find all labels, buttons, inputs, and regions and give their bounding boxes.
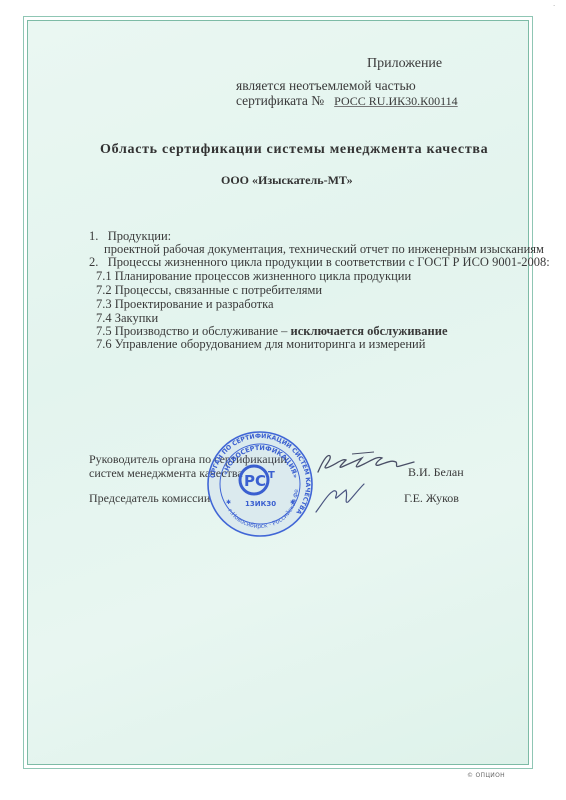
chair-title: Председатель комиссии [89,491,210,505]
item-processes: 2. Процессы жизненного цикла продукции в… [89,255,550,269]
svg-text:Т: Т [268,470,275,481]
subitem-number: 7.6 [96,337,112,351]
footer-copyright: © ОПЦИОН [467,772,505,779]
subitem-7-4: 7.4 Закупки [96,311,158,325]
svg-text:✱: ✱ [290,499,295,506]
subitem-text: Планирование процессов жизненного цикла … [115,269,411,283]
subitem-text: Процессы, связанные с потребителями [115,283,322,297]
svg-text:РС: РС [244,472,266,490]
subitem-exclusion: исключается обслуживание [291,324,448,338]
subitem-7-3: 7.3 Проектирование и разработка [96,297,274,311]
certificate-page [27,20,529,765]
certificate-prefix: сертификата № [236,93,324,108]
subitem-number: 7.5 [96,324,112,338]
organization-name: ООО «Изыскатель-МТ» [221,173,353,187]
item-label: Процессы жизненного цикла продукции в со… [108,255,550,269]
integral-part-text: является неотъемлемой частью [236,79,416,93]
head-name: В.И. Белан [408,465,464,479]
subitem-number: 7.3 [96,297,112,311]
item-products: 1. Продукции: [89,229,171,243]
chair-signature-icon [312,482,372,514]
chair-name: Г.Е. Жуков [404,491,459,505]
subitem-7-2: 7.2 Процессы, связанные с потребителями [96,283,322,297]
subitem-text: Управление оборудованием для мониторинга… [115,337,426,351]
subitem-number: 7.4 [96,311,112,325]
svg-text:13ИК30: 13ИК30 [245,500,276,508]
svg-text:✱: ✱ [226,499,231,506]
item-number: 2. [89,255,98,269]
document-title: Область сертификации системы менеджмента… [100,143,488,157]
subitem-7-1: 7.1 Планирование процессов жизненного ци… [96,269,411,283]
subitem-text: Производство и обслуживание – [115,324,291,338]
item-number: 1. [89,229,98,243]
item-label: Продукции: [108,229,171,243]
subitem-text: Проектирование и разработка [115,297,274,311]
subitem-7-5: 7.5 Производство и обслуживание – исключ… [96,324,448,338]
head-signature-icon [316,448,416,476]
subitem-number: 7.2 [96,283,112,297]
item-products-description: проектной рабочая документация, техничес… [104,242,544,256]
certification-stamp-icon: ОРГАН ПО СЕРТИФИКАЦИИ СИСТЕМ КАЧЕСТВА «Н… [206,430,314,538]
certificate-reference: сертификата №РОСС RU.ИК30.К00114 [236,94,458,108]
subitem-number: 7.1 [96,269,112,283]
certificate-number: РОСС RU.ИК30.К00114 [334,94,458,108]
appendix-label: Приложение [367,57,442,71]
subitem-7-6: 7.6 Управление оборудованием для монитор… [96,337,425,351]
corner-mark: · [553,2,555,10]
subitem-text: Закупки [115,311,158,325]
